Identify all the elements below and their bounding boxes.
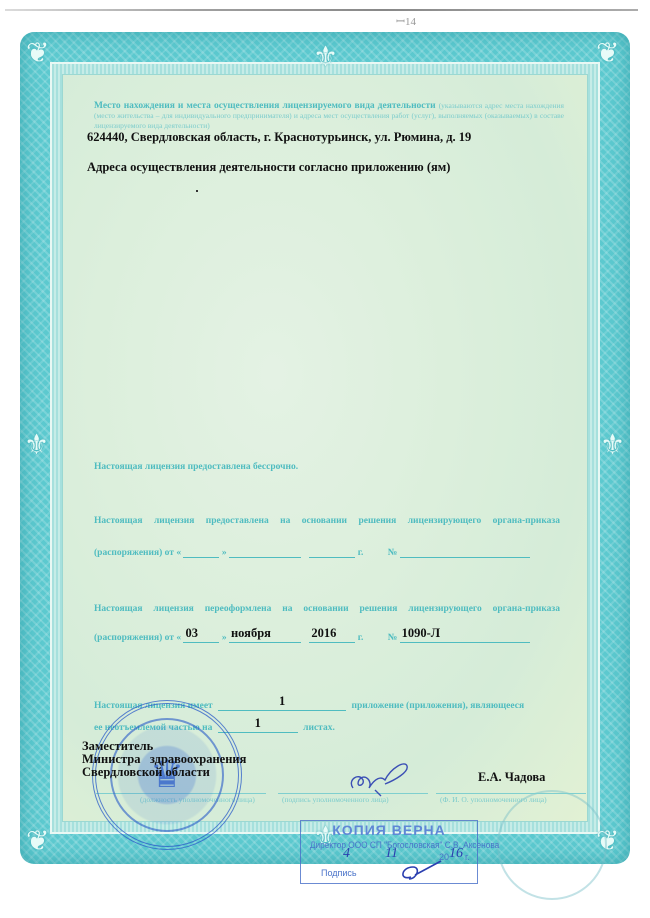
reissued-year-field: 2016 — [309, 630, 355, 643]
reissued-year-suffix: г. — [358, 633, 364, 643]
reissued-month-field: ноября — [229, 630, 301, 643]
fleur-right-icon: ⚜ — [600, 432, 625, 460]
granted-year-field — [309, 545, 355, 558]
license-address: 624440, Свердловская область, г. Краснот… — [87, 130, 471, 145]
reissued-number-field: 1090-Л — [400, 630, 530, 643]
fleur-left-icon: ⚜ — [24, 432, 49, 460]
stamp-title: КОПИЯ ВЕРНА — [301, 822, 477, 838]
corner-ornament-icon: ❦ — [26, 828, 49, 856]
granted-number-field — [400, 545, 530, 558]
appendix-count-suffix: приложение (приложения), являющееся — [351, 701, 524, 711]
fleur-top-icon: ⚜ — [313, 44, 338, 72]
corner-ornament-icon: ❦ — [596, 40, 619, 68]
location-header: Место нахождения и места осуществления л… — [94, 101, 564, 131]
certified-copy-stamp: КОПИЯ ВЕРНА Директор ООО СП "Богословска… — [300, 820, 478, 884]
reissued-line-2: (распоряжения) от « 03 » ноября 2016 г. … — [94, 630, 560, 643]
reissued-prefix: (распоряжения) от « — [94, 633, 181, 643]
reissued-number-label: № — [388, 633, 398, 643]
appendix-pages-suffix: листах. — [303, 723, 335, 733]
stamp-handwritten-signature-icon — [391, 857, 451, 883]
appendix-addresses-note: Адреса осуществления деятельности соглас… — [87, 160, 450, 175]
stamp-day: 4 — [343, 846, 350, 862]
granted-prefix: (распоряжения) от « — [94, 548, 181, 558]
name-underline — [436, 793, 586, 794]
granted-number-label: № — [388, 548, 398, 558]
corner-ornament-icon: ❦ — [26, 40, 49, 68]
handwritten-signature-icon — [345, 758, 415, 798]
granted-quote: » — [222, 548, 227, 558]
stamp-sign-label: Подпись — [321, 868, 357, 878]
validity-statement: Настоящая лицензия предоставлена бессроч… — [94, 462, 560, 472]
location-header-label: Место нахождения и места осуществления л… — [94, 101, 436, 111]
granted-year-suffix: г. — [358, 548, 364, 558]
scan-edge-line — [5, 9, 638, 11]
reissued-quote: » — [222, 633, 227, 643]
reissued-day-field: 03 — [183, 630, 219, 643]
appendix-pages-field: 1 — [218, 720, 298, 733]
appendix-count-field: 1 — [218, 698, 346, 711]
stamp-year: 16 — [449, 846, 463, 862]
signatory-title-line-3: Свердловской области — [82, 766, 246, 779]
faint-company-seal-icon — [497, 790, 607, 900]
caption-name: (Ф. И. О. уполномоченного лица) — [440, 795, 547, 804]
stray-dot — [196, 190, 198, 192]
reissued-line-1: Настоящая лицензия переоформлена на осно… — [94, 604, 560, 614]
corner-handwritten-mark: ꟷ14 — [396, 14, 416, 29]
granted-month-field — [229, 545, 301, 558]
signatory-name: Е.А. Чадова — [478, 770, 545, 785]
granted-line-2: (распоряжения) от « » г. № — [94, 545, 560, 558]
stamp-year-suffix: г. — [465, 852, 470, 862]
granted-day-field — [183, 545, 219, 558]
signatory-title: Заместитель Министра здравоохранения Све… — [82, 740, 246, 779]
granted-line-1: Настоящая лицензия предоставлена на осно… — [94, 516, 560, 526]
